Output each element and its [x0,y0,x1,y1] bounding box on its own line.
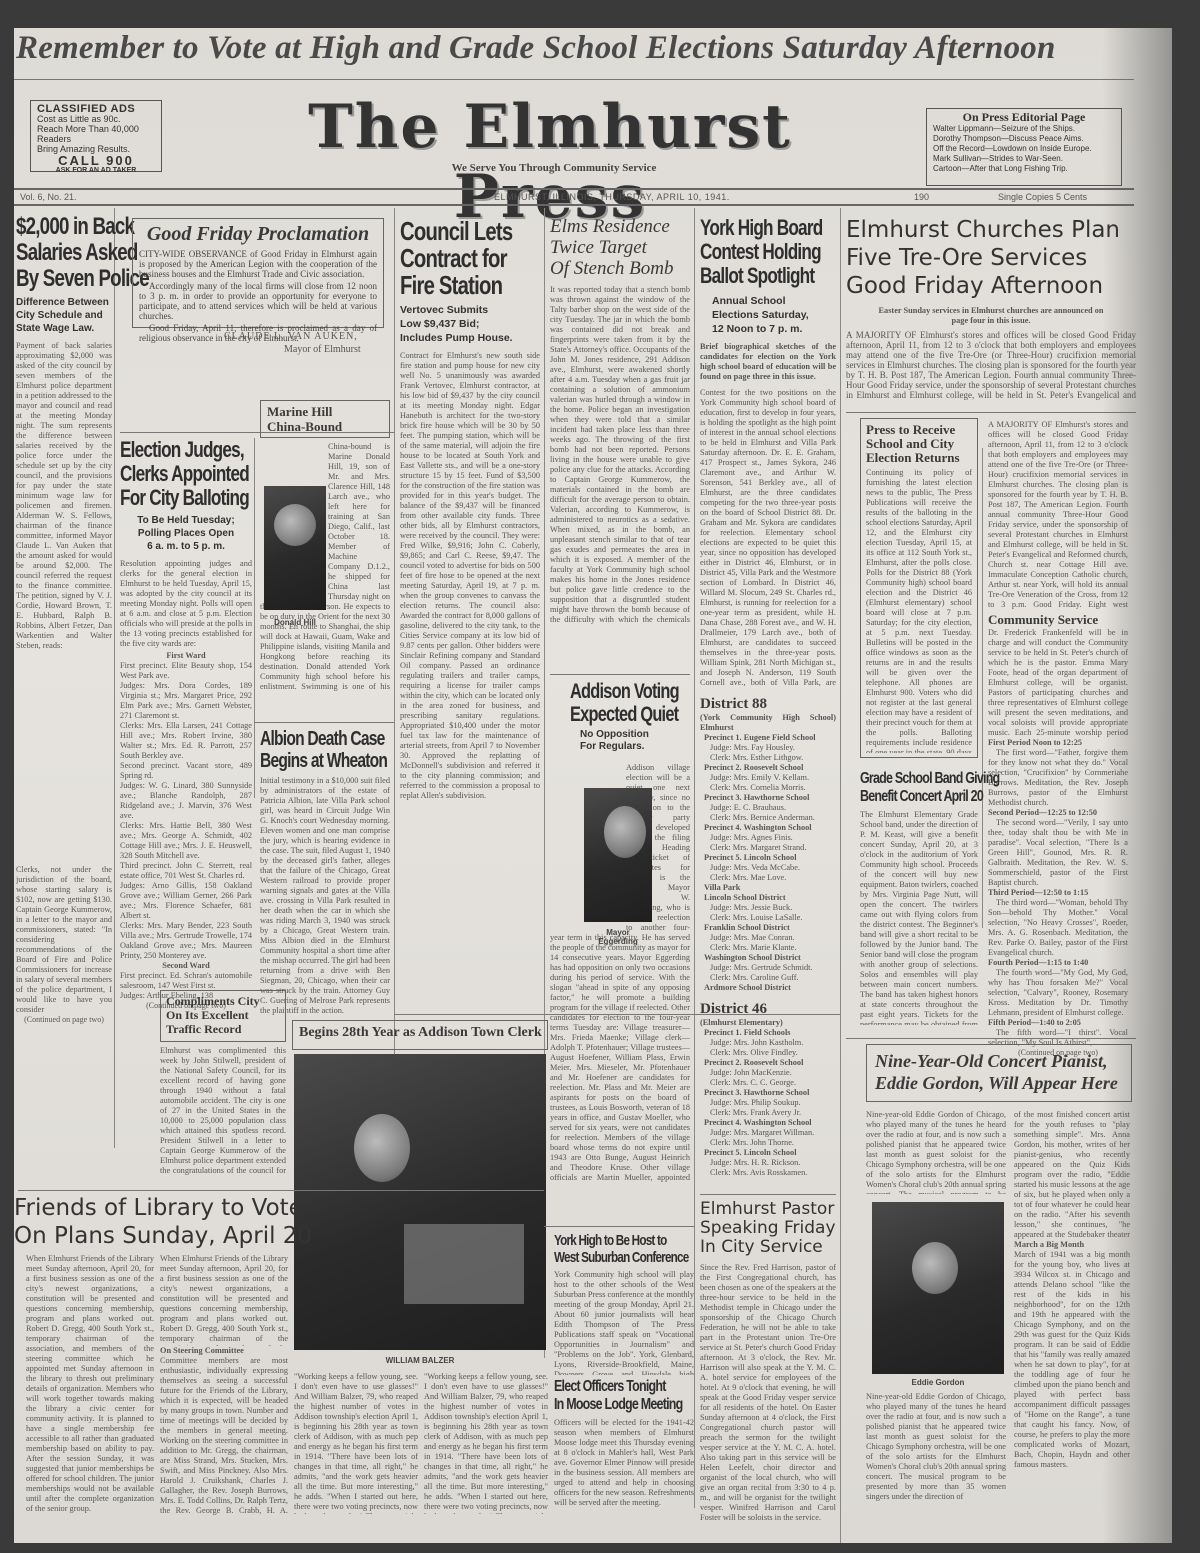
editorial-item: Dorothy Thompson—Discuss Peace Aims. [933,134,1115,144]
district-46-subtitle: (Elmhurst Elementary) [700,1018,836,1028]
column-divider [114,208,115,1148]
masthead-title: The Elmhurst Press [210,92,890,162]
column-divider [254,438,255,798]
section-rule [700,1194,836,1195]
article-body: Resolution appointing judges and clerks … [120,559,252,649]
article-friends-library: Friends of Library to Vote On Plans Sund… [14,1194,290,1250]
ward-heading: First Ward [120,651,252,661]
eddie-gordon-body: Nine-year-old Eddie Gordon of Chicago, w… [866,1110,1006,1194]
district-46-list: Precinct 1. Field SchoolsJudge: Mrs. Joh… [700,1028,836,1178]
list-item: Clerk: Mrs. Esther Lithgow. [700,753,836,763]
classified-ads-box: CLASSIFIED ADS Cost as Little as 90c. Re… [30,100,162,172]
subhead: On Steering Committee [160,1346,288,1356]
headline: Council Lets Contract for Fire Station [400,218,540,299]
list-item: Clerk: Mrs. Margaret Strand. [700,843,836,853]
list-item: Judge: Mrs. Margaret Willman. [700,1128,836,1138]
list-item: Precinct 4. Washington School [700,1118,836,1128]
list-item: Lincoln School District [700,893,836,903]
period-label: First Period Noon to 12:25 [988,738,1128,748]
deck: Vertovec Submits Low $9,437 Bid; Include… [400,303,540,345]
article-council: Council Lets Contract for Fire Station V… [400,218,540,991]
section-rule [18,1190,544,1191]
list-item: Clerk: Mrs. Louise LaSalle. [700,913,836,923]
subhead: March a Big Month [1014,1240,1130,1250]
list-item: Precinct 5. Lincoln School [700,1148,836,1158]
proclamation-p2: Accordingly many of the local firms will… [139,281,377,321]
article-body: The Elmhurst Elementary Grade School ban… [860,810,978,1025]
column-divider [840,208,841,1543]
period-label: Third Period—12:50 to 1:15 [988,888,1128,898]
list-item: Clerk: Mrs. C. C. George. [700,1078,836,1088]
list-item: Franklin School District [700,923,836,933]
list-item: Clerk: Mrs. Caroline Guff. [700,973,836,983]
editorial-item: Mark Sullivan—Strides to War-Seen. [933,154,1115,164]
donald-hill-photo [264,486,326,610]
section-rule [846,412,1136,413]
headline: Addison Voting Expected Quiet [570,680,695,726]
headline: Election Judges, Clerks Appointed For Ci… [120,438,253,510]
list-item: Judge: Mrs. Jessie Buck. [700,903,836,913]
issue-number: 190 [914,192,929,202]
article-body: Initial testimony in a $10,000 suit file… [260,776,390,1016]
headline: Elect Officers Tonight In Moose Lodge Me… [554,1378,694,1414]
headline: Good Friday Proclamation [139,223,377,246]
article-addison-voting: Addison Voting Expected Quiet No Opposit… [570,680,690,753]
william-balzer-photo [294,1054,546,1350]
article-body: Contract for Elmhurst's new south side f… [400,351,540,991]
article-body: Dr. Frederick Frankenfeld will be in cha… [988,628,1128,738]
place-date: ELMHURST, ILLINOIS, THURSDAY, APRIL 10, … [494,192,730,202]
ward-line: Clerks: Mrs. Hattie Bell, 380 West ave.;… [120,821,252,861]
article-body: York Community high school will play hos… [554,1270,694,1375]
headline: Compliments City On Its Excellent Traffi… [166,994,280,1036]
photo-caption: WILLIAM BALZER [294,1356,546,1365]
list-item: Ardmore School District [700,983,836,993]
proclamation-p1: CITY-WIDE OBSERVANCE of Good Friday in E… [139,249,377,279]
list-item: Judge: Mrs. John Kastholm. [700,1038,836,1048]
list-item: Judge: Mrs. Fay Housley. [700,743,836,753]
friends-library-col2: When Elmhurst Friends of the Library mee… [160,1254,288,1516]
list-item: Precinct 5. Lincoln School [700,853,836,863]
headline: $2,000 in Back Salaries Asked By Seven P… [16,214,112,292]
list-item: Judge: Mrs. Agnes Finis. [700,833,836,843]
list-item: Clerk: Mrs. Marie Klante. [700,943,836,953]
list-item: Precinct 4. Washington School [700,823,836,833]
section-rule [846,1038,1136,1039]
classified-title: CLASSIFIED ADS [37,104,155,114]
ward-line: Clerks: Mrs. Ella Larsen, 241 Cottage Hi… [120,721,252,761]
signature-title: Mayor of Elmhurst [284,344,361,355]
editorial-title: On Press Editorial Page [933,112,1115,122]
article-body: A MAJORITY OF Elmhurst's stores and offi… [988,420,1128,610]
classified-call: CALL 900 [37,156,155,166]
photo-caption: Eddie Gordon [872,1378,1004,1387]
list-item: Precinct 1. Field Schools [700,1028,836,1038]
article-election-judges: Election Judges, Clerks Appointed For Ci… [120,438,252,1010]
article-body-lead: A MAJORITY OF Elmhurst's stores and offi… [846,330,1136,400]
list-item: Precinct 2. Roosevelt School [700,1058,836,1068]
ward-line: Clerks: Mrs. Mary Bender, 223 South Vill… [120,921,252,961]
headline: Elmhurst Churches Plan Five Tre-Ore Serv… [846,216,1136,300]
period-text: The fourth word—"My God, My God, why has… [988,968,1128,1018]
article-body: Clerks, not under the jurisdiction of th… [16,865,112,1015]
article-body: Since the Rev. Fred Harrison, pastor of … [700,1263,836,1533]
ward-line: Judges: W. G. Linard, 380 Sunnyside ave.… [120,781,252,821]
section-rule [120,432,394,433]
list-item: Judge: Mrs. H. R. Rickson. [700,1158,836,1168]
friends-library-body: When Elmhurst Friends of the Library mee… [26,1254,154,1516]
column-divider [982,448,983,928]
district-46-title: District 46 [700,1001,836,1018]
district-88-subtitle: (York Community High School) Elmhurst [700,713,836,733]
headline: Marine Hill China-Bound [267,404,383,434]
article-elmhurst-pastor: Elmhurst Pastor Speaking Friday In City … [700,1200,836,1533]
deck: Easter Sunday services in Elmhurst churc… [876,306,1106,326]
list-item: Judge: Mrs. Veda McCabe. [700,863,836,873]
list-item: Precinct 3. Hawthorne School [700,793,836,803]
list-item: Clerk: Mrs. Frank Avery Jr. [700,1108,836,1118]
list-item: Clerk: Mrs. Olive Findley. [700,1048,836,1058]
period-label: Fifth Period—1:40 to 2:05 [988,1018,1128,1028]
headline: York High to Be Host to West Suburban Co… [554,1232,694,1266]
article-back-salaries: $2,000 in Back Salaries Asked By Seven P… [16,214,112,1024]
intro: Brief biographical sketches of the candi… [700,342,836,382]
ward-line: Judges: Arno Gillis, 158 Oakland Grove a… [120,881,252,921]
headline: Friends of Library to Vote On Plans Sund… [14,1194,290,1250]
headline: Nine-Year-Old Concert Pianist, Eddie Gor… [875,1050,1123,1094]
photo-caption: Donald Hill [264,618,326,627]
editorial-page-box: On Press Editorial Page Walter Lippmann—… [926,108,1122,186]
article-albion: Albion Death Case Begins at Wheaton Init… [260,728,390,1016]
classified-line: Cost as Little as 90c. [37,114,155,124]
ward-line: Third precinct. John C. Sterrett, real e… [120,861,252,881]
article-body: Payment of back salaries approximating $… [16,341,112,861]
churches-continued: A MAJORITY OF Elmhurst's stores and offi… [988,420,1128,1057]
deck: No Opposition For Regulars. [580,729,690,753]
period-text: The second word—"Verily, I say unto thee… [988,818,1128,888]
section-rule [254,722,394,723]
article-body: Contest for the two positions on the Yor… [700,388,836,688]
headline: Elmhurst Pastor Speaking Friday In City … [700,1200,836,1257]
headline: Elms Residence Twice Target Of Stench Bo… [550,216,690,279]
headline: Albion Death Case Begins at Wheaton [260,728,391,772]
list-item: Precinct 2. Roosevelt School [700,763,836,773]
masthead-motto: We Serve You Through Community Service [394,162,714,174]
headline: Begins 28th Year as Addison Town Clerk [299,1025,541,1041]
ward-line: Second precinct. Vacant store, 489 Sprin… [120,761,252,781]
headline: Press to Receive School and City Electio… [866,423,972,465]
proclamation-box: Good Friday Proclamation CITY-WIDE OBSER… [132,218,384,328]
editorial-item: Off the Record—Lowdown on Inside Europe. [933,144,1115,154]
mayor-eggerding-photo [584,788,652,922]
list-item: Clerk: Mrs. John Thorne. [700,1138,836,1148]
addison-clerk-body: "Working keeps a fellow young, see. I do… [294,1372,418,1514]
list-item: Judge: Mrs. Gertrude Schmidt. [700,963,836,973]
ward-line: First precinct. Elite Beauty shop, 154 W… [120,661,252,681]
signature: CLAUDE L. VAN AUKEN, [224,331,358,342]
list-item: Clerk: Mrs. Mae Love. [700,873,836,883]
eddie-gordon-body-cont: Nine-year-old Eddie Gordon of Chicago, w… [866,1392,1006,1512]
article-body: Continuing its policy of furnishing the … [866,468,972,753]
eddie-gordon-headline-box: Nine-Year-Old Concert Pianist, Eddie Gor… [866,1044,1132,1102]
addison-clerk-headline-box: Begins 28th Year as Addison Town Clerk [292,1020,548,1050]
addison-clerk-body-cont: "Working keeps a fellow young, see. I do… [424,1372,548,1514]
list-item: Judge: Mrs. Mae Conran. [700,933,836,943]
list-item: Judge: John MacKenzie. [700,1068,836,1078]
article-grade-school-band: Grade School Band Giving Benefit Concert… [860,770,978,1025]
list-item: Clerk: Mrs. Bernice Anderman. [700,813,836,823]
headline: York High Board Contest Holding Ballot S… [700,216,837,288]
newspaper-page: Remember to Vote at High and Grade Schoo… [14,28,1172,1543]
dateline-bar: Vol. 6, No. 21. ELMHURST, ILLINOIS, THUR… [14,188,1134,206]
compliments-body: Elmhurst was complimented this week by J… [160,1046,286,1176]
price: Single Copies 5 Cents [998,192,1087,202]
photo-caption: Mayor Eggerding [584,928,652,946]
continued-note: (Continued on page two) [16,1015,112,1024]
deck: Annual School Elections Saturday, 12 Noo… [712,294,836,336]
headline: Grade School Band Giving Benefit Concert… [860,770,982,806]
section-rule [550,674,690,675]
eddie-gordon-photo [872,1202,1004,1374]
period-label: Fourth Period—1:15 to 1:40 [988,958,1128,968]
list-item: Clerk: Mrs. Cornelia Morris. [700,783,836,793]
list-item: Washington School District [700,953,836,963]
list-item: Judge: Mrs. Philip Soukup. [700,1098,836,1108]
ward-line: First precinct. Ed. Schran's automobile … [120,971,252,991]
top-banner: Remember to Vote at High and Grade Schoo… [14,28,1134,80]
article-elms-residence: Elms Residence Twice Target Of Stench Bo… [550,216,690,625]
article-churches: Elmhurst Churches Plan Five Tre-Ore Serv… [846,216,1136,400]
list-item: Precinct 1. Eugene Field School [700,733,836,743]
compliments-headline-box: Compliments City On Its Excellent Traffi… [160,990,286,1042]
section-rule [544,1226,694,1227]
article-york-high-board: York High Board Contest Holding Ballot S… [700,216,836,1178]
ward-heading: Second Ward [120,961,252,971]
article-moose-lodge: Elect Officers Tonight In Moose Lodge Me… [554,1378,694,1510]
list-item: Clerk: Mrs. Avis Rosskamen. [700,1168,836,1178]
volume-number: Vol. 6, No. 21. [20,192,77,202]
article-york-host: York High to Be Host to West Suburban Co… [554,1232,694,1375]
article-body: It was reported today that a stench bomb… [550,285,690,625]
deck: To Be Held Tuesday; Polling Places Open … [120,514,252,553]
editorial-item: Cartoon—After that Long Fishing Trip. [933,164,1115,174]
list-item: Precinct 3. Hawthorne School [700,1088,836,1098]
district-88-title: District 88 [700,696,836,713]
district-88-list: Precinct 1. Eugene Field SchoolJudge: Mr… [700,733,836,993]
period-list: First Period Noon to 12:25The first word… [988,738,1128,1048]
classified-ask: ASK FOR AN AD TAKER [37,166,155,176]
period-text: The first word—"Father, forgive them for… [988,748,1128,808]
section-rule [394,1014,840,1015]
period-text: The third word—"Woman, behold Thy Son—be… [988,898,1128,958]
eddie-gordon-col2: of the most finished concert artist for … [1014,1110,1130,1500]
list-item: Judge: E. C. Brauhaus. [700,803,836,813]
article-body: Officers will be elected for the 1941-42… [554,1418,694,1510]
press-returns-box: Press to Receive School and City Electio… [860,418,978,758]
editorial-item: Walter Lippmann—Seizure of the Ships. [933,124,1115,134]
deck: Difference Between City Schedule and Sta… [16,296,112,335]
classified-line: Reach More Than 40,000 Readers [37,124,155,144]
list-item: Villa Park [700,883,836,893]
period-label: Second Period—12:25 to 12:50 [988,808,1128,818]
ward-line: Judges: Mrs. Dora Cordes, 189 Virginia s… [120,681,252,721]
subhead: Community Service [988,612,1128,628]
column-divider [694,208,695,1508]
list-item: Judge: Mrs. Emily V. Kellam. [700,773,836,783]
